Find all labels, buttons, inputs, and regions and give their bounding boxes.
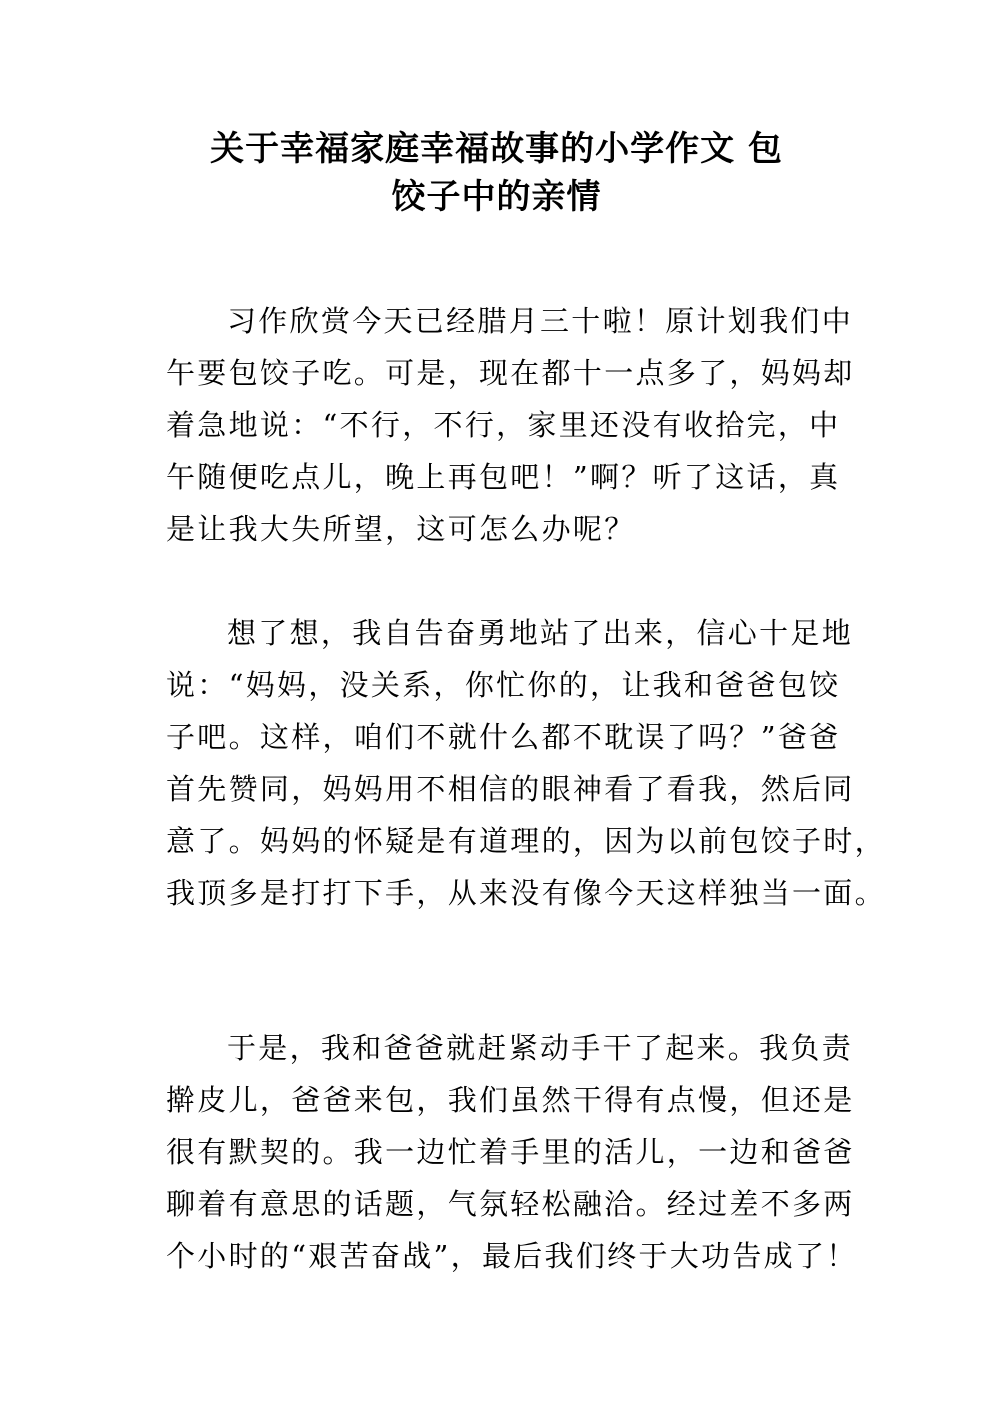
paragraph-line: 午要包饺子吃。可是，现在都十一点多了，妈妈却 [166, 353, 855, 393]
paragraph-line: 着急地说：“不行，不行，家里还没有收拾完，中 [166, 405, 840, 445]
paragraph-line: 想了想，我自告奋勇地站了出来，信心十足地 [227, 613, 853, 653]
paragraph-line: 聊着有意思的话题，气氛轻松融洽。经过差不多两 [166, 1184, 855, 1224]
paragraph-line: 个小时的“艰苦奋战”，最后我们终于大功告成了！ [166, 1236, 858, 1276]
paragraph-line: 擀皮儿，爸爸来包，我们虽然干得有点慢，但还是 [166, 1080, 855, 1120]
paragraph-line: 说：“妈妈，没关系，你忙你的，让我和爸爸包饺 [166, 665, 840, 705]
paragraph-line: 我顶多是打打下手，从来没有像今天这样独当一面。 [166, 873, 886, 913]
paragraph-line: 午随便吃点儿，晚上再包吧！”啊？听了这话，真 [166, 457, 840, 497]
paragraph-line: 首先赞同，妈妈用不相信的眼神看了看我，然后同 [166, 769, 855, 809]
document-title-line-2: 饺子中的亲情 [0, 172, 993, 222]
paragraph-line: 很有默契的。我一边忙着手里的活儿，一边和爸爸 [166, 1132, 855, 1172]
paragraph-line: 子吧。这样，咱们不就什么都不耽误了吗？”爸爸 [166, 717, 840, 757]
paragraph-line: 于是，我和爸爸就赶紧动手干了起来。我负责 [227, 1028, 853, 1068]
document-title-line-1: 关于幸福家庭幸福故事的小学作文 包 [0, 124, 993, 174]
paragraph-line: 是让我大失所望，这可怎么办呢？ [166, 509, 636, 549]
document-page: 关于幸福家庭幸福故事的小学作文 包 饺子中的亲情 习作欣赏今天已经腊月三十啦！原… [0, 0, 993, 1404]
paragraph-line: 习作欣赏今天已经腊月三十啦！原计划我们中 [227, 301, 853, 341]
paragraph-line: 意了。妈妈的怀疑是有道理的，因为以前包饺子时， [166, 821, 886, 861]
